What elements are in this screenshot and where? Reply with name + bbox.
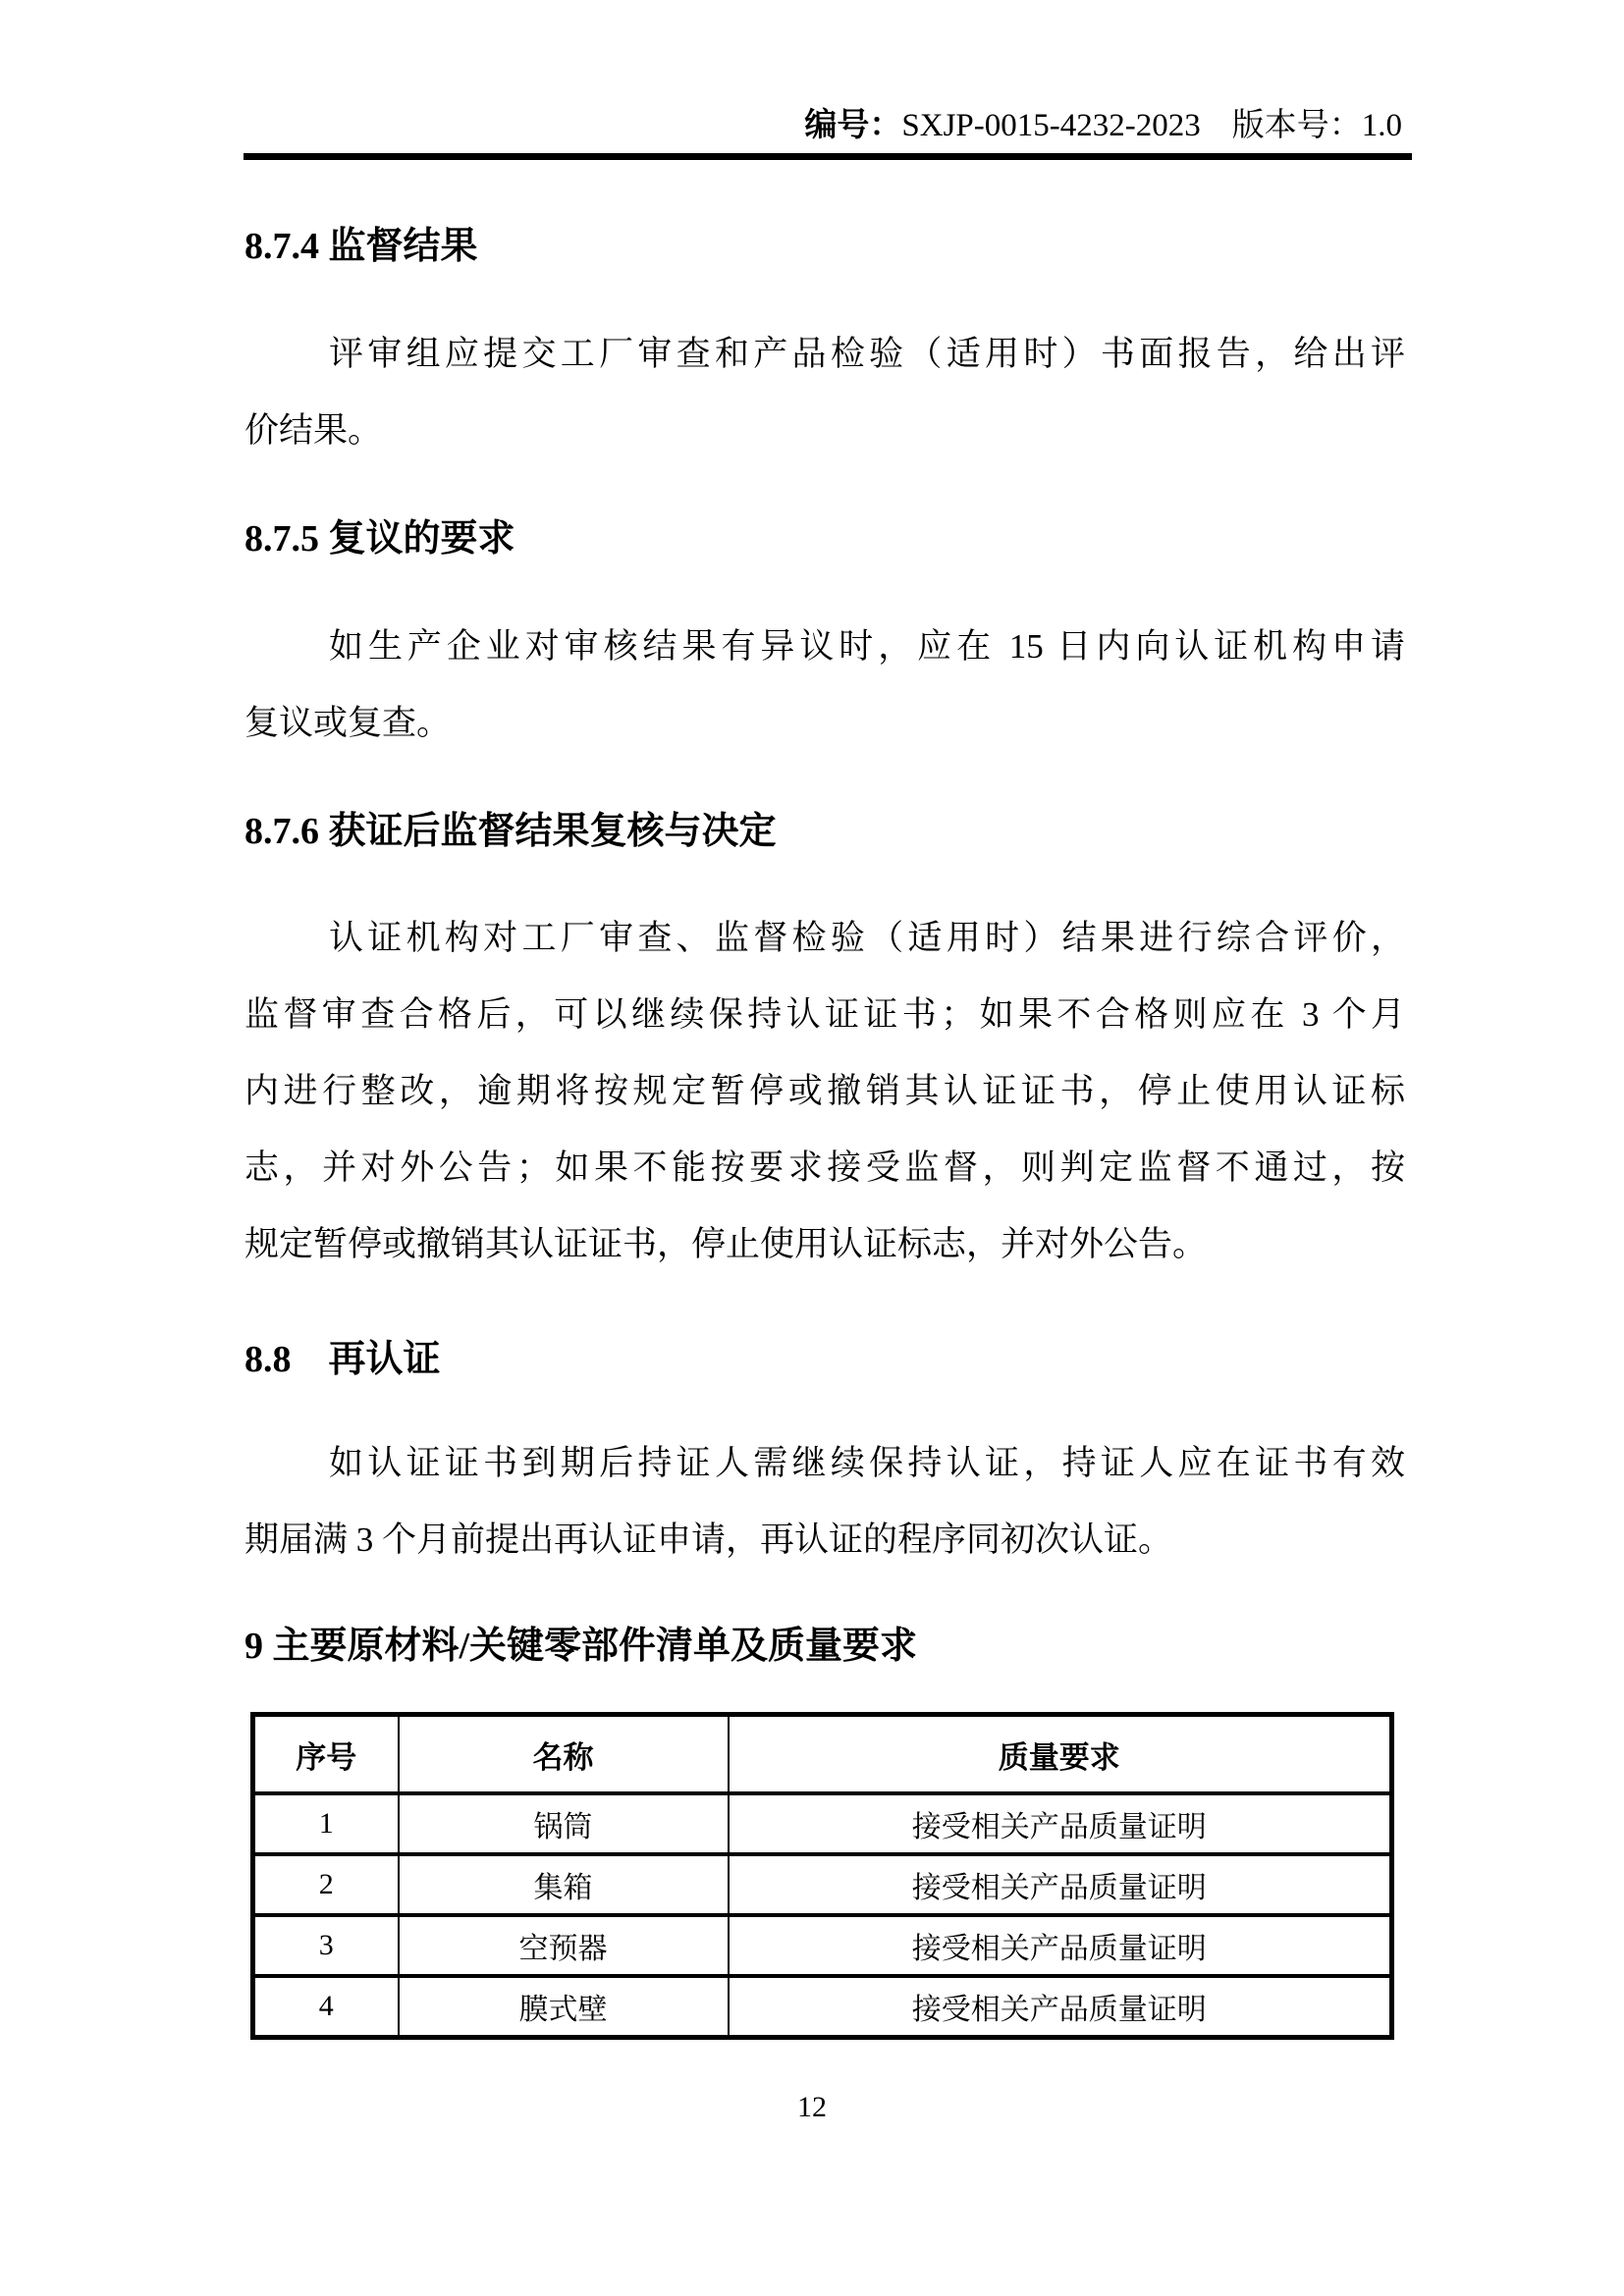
table-cell-quality: 接受相关产品质量证明 [729,1976,1392,2038]
table-header-cell-quality: 质量要求 [729,1715,1392,1794]
paragraph-line: 评审组应提交工厂审查和产品检验（适用时）书面报告，给出评 [244,316,1405,393]
table-cell-index: 3 [253,1915,399,1976]
header-rule [244,153,1412,160]
table-cell-name: 锅筒 [399,1793,729,1854]
table-cell-name: 空预器 [399,1915,729,1976]
section-heading-9: 9 主要原材料/关键零部件清单及质量要求 [244,1624,917,1669]
table-row: 4 膜式壁 接受相关产品质量证明 [253,1976,1392,2038]
paragraph-line: 期届满 3 个月前提出再认证申请，再认证的程序同初次认证。 [244,1502,1405,1578]
paragraph-line: 内进行整改，逾期将按规定暂停或撤销其认证证书，停止使用认证标 [244,1053,1405,1130]
table-cell-index: 1 [253,1793,399,1854]
section-paragraph-8-7-6: 认证机构对工厂审查、监督检验（适用时）结果进行综合评价， 监督审查合格后，可以继… [244,900,1405,1283]
table-cell-name: 膜式壁 [399,1976,729,2038]
paragraph-line: 志，并对外公告；如果不能按要求接受监督，则判定监督不通过，按 [244,1130,1405,1206]
doc-number-value: SXJP-0015-4232-2023 [901,108,1200,143]
doc-number-line: 编号：SXJP-0015-4232-2023版本号：1.0 [804,104,1402,147]
paragraph-line: 如生产企业对审核结果有异议时，应在 15 日内向认证机构申请 [244,609,1405,685]
table-header-cell-index: 序号 [253,1715,399,1794]
paragraph-line: 监督审查合格后，可以继续保持认证证书；如果不合格则应在 3 个月 [244,977,1405,1053]
materials-table: 序号 名称 质量要求 1 锅筒 接受相关产品质量证明 2 集箱 接受相关产品质量… [250,1712,1394,2040]
table-cell-name: 集箱 [399,1854,729,1915]
table-cell-quality: 接受相关产品质量证明 [729,1793,1392,1854]
doc-number-label: 编号： [804,108,901,143]
paragraph-line: 复议或复查。 [244,685,1405,762]
paragraph-line: 价结果。 [244,393,1405,469]
paragraph-line: 规定暂停或撤销其认证证书，停止使用认证标志，并对外公告。 [244,1206,1405,1283]
section-heading-8-8: 8.8 再认证 [244,1337,441,1382]
document-page: 编号：SXJP-0015-4232-2023版本号：1.0 8.7.4 监督结果… [0,0,1624,2296]
doc-version-value: 1.0 [1362,108,1402,143]
paragraph-line: 认证机构对工厂审查、监督检验（适用时）结果进行综合评价， [244,900,1405,977]
section-paragraph-8-7-4: 评审组应提交工厂审查和产品检验（适用时）书面报告，给出评 价结果。 [244,316,1405,469]
doc-version-label: 版本号： [1232,108,1362,143]
table-cell-index: 2 [253,1854,399,1915]
table-row: 1 锅筒 接受相关产品质量证明 [253,1793,1392,1854]
table-cell-index: 4 [253,1976,399,2038]
table-header-row: 序号 名称 质量要求 [253,1715,1392,1794]
section-heading-8-7-4: 8.7.4 监督结果 [244,224,478,269]
table-header-cell-name: 名称 [399,1715,729,1794]
table-row: 3 空预器 接受相关产品质量证明 [253,1915,1392,1976]
table-row: 2 集箱 接受相关产品质量证明 [253,1854,1392,1915]
table-cell-quality: 接受相关产品质量证明 [729,1915,1392,1976]
table-cell-quality: 接受相关产品质量证明 [729,1854,1392,1915]
section-heading-8-7-6: 8.7.6 获证后监督结果复核与决定 [244,809,777,854]
paragraph-line: 如认证证书到期后持证人需继续保持认证，持证人应在证书有效 [244,1425,1405,1502]
section-paragraph-8-7-5: 如生产企业对审核结果有异议时，应在 15 日内向认证机构申请 复议或复查。 [244,609,1405,762]
section-heading-8-7-5: 8.7.5 复议的要求 [244,516,515,561]
page-number: 12 [0,2091,1624,2124]
section-paragraph-8-8: 如认证证书到期后持证人需继续保持认证，持证人应在证书有效 期届满 3 个月前提出… [244,1425,1405,1578]
